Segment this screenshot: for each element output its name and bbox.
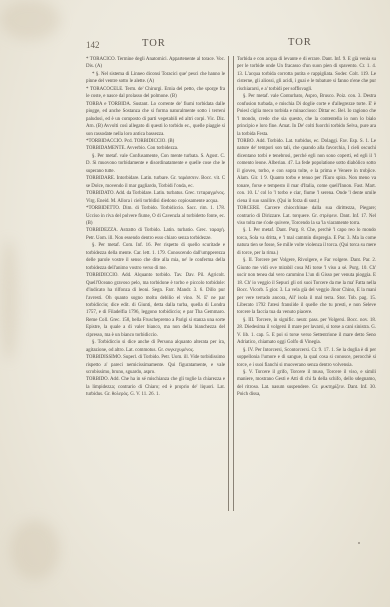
dictionary-entry: * §. Nel sistema di Linneo diconsi Torac… [86, 71, 225, 86]
column-divider-double-rule [228, 56, 234, 511]
dictionary-page: 142 TOR TOR * TORACICO. Termine degli An… [86, 38, 376, 511]
dictionary-entry: TORBIDEZZA. Astratto di Torbido. Latin. … [86, 227, 225, 242]
ink-speck [358, 542, 360, 544]
paper-stain [0, 0, 60, 40]
page-header: 142 TOR TOR [86, 38, 376, 52]
dictionary-entry: §. IV. Per Intorcersi, Scontorcersi. Cr.… [237, 347, 376, 369]
running-head-right: TOR [288, 37, 312, 48]
dictionary-entry: TORBIDISSIMO. Superl. di Torbido. Petr. … [86, 354, 225, 376]
right-column: Torbida e con acqua di levante e di erra… [237, 56, 376, 511]
dictionary-entry: §. V. Torcere il grifo, Torcere il muso,… [237, 369, 376, 399]
dictionary-entry: Torbida e con acqua di levante e di erra… [237, 56, 376, 93]
dictionary-entry: §. II. Torcere per Volgere, Rivolgere, e… [237, 257, 376, 317]
dictionary-entry: TORBIDO. Add. Che ha in sé mischianza ch… [86, 376, 225, 398]
paper-stain [0, 240, 18, 360]
two-column-body: * TORACICO. Termine degli Anatomici. App… [86, 56, 376, 511]
dictionary-entry: TORCERE. Carcere chiocchinae dalla sua d… [237, 205, 376, 227]
left-column: * TORACICO. Termine degli Anatomici. App… [86, 56, 225, 511]
dictionary-entry: §. Per metaf. vale Confusamente, Con men… [86, 153, 225, 175]
dictionary-entry: §. I. Per metaf. Dant. Purg. 8. Che, per… [237, 227, 376, 257]
dictionary-entry: TORBIDAMENTE. Avverbio. Con torbidezza. [86, 145, 225, 152]
dictionary-entry: TORBIDATO. Add. da Torbidare. Latin. tur… [86, 190, 225, 205]
dictionary-entry: §. III. Torcere, in signifìc. neutr. pas… [237, 317, 376, 347]
dictionary-entry: *TORBIDETTO. Dim. di Torbido. Torbidicci… [86, 205, 225, 227]
paper-stain [10, 520, 60, 580]
dictionary-entry: TORBIDARE. Intorbidare. Latin. turbare. … [86, 175, 225, 190]
dictionary-entry: * TORACOCELE. Term. de' Chirurgi. Ernia … [86, 86, 225, 101]
dictionary-entry: TORBIDICCIO. Add. Alquanto torbido. Tav.… [86, 272, 225, 339]
dictionary-entry: TORBO. Add. Torbido. Lat. turbidus, ec. … [237, 138, 376, 205]
dictionary-entry: TORBA e TORBIDA. Sustant. Lo corrente de… [86, 101, 225, 138]
dictionary-entry: §. Torbidiccio si dice anche di Persona … [86, 339, 225, 354]
dictionary-entry: §. Per metaf. vale Conturbato, Aspro, Br… [237, 93, 376, 138]
dictionary-entry: * TORACICO. Termine degli Anatomici. App… [86, 56, 225, 71]
dictionary-entry: §. Per metaf. Com. Inf. 16. Per rispetto… [86, 242, 225, 272]
page-number: 142 [86, 40, 100, 50]
running-head-left: TOR [142, 38, 166, 49]
dictionary-entry: *TORBIDACCIO. Pcd. TORBIDICCIO. (B) [86, 138, 225, 145]
